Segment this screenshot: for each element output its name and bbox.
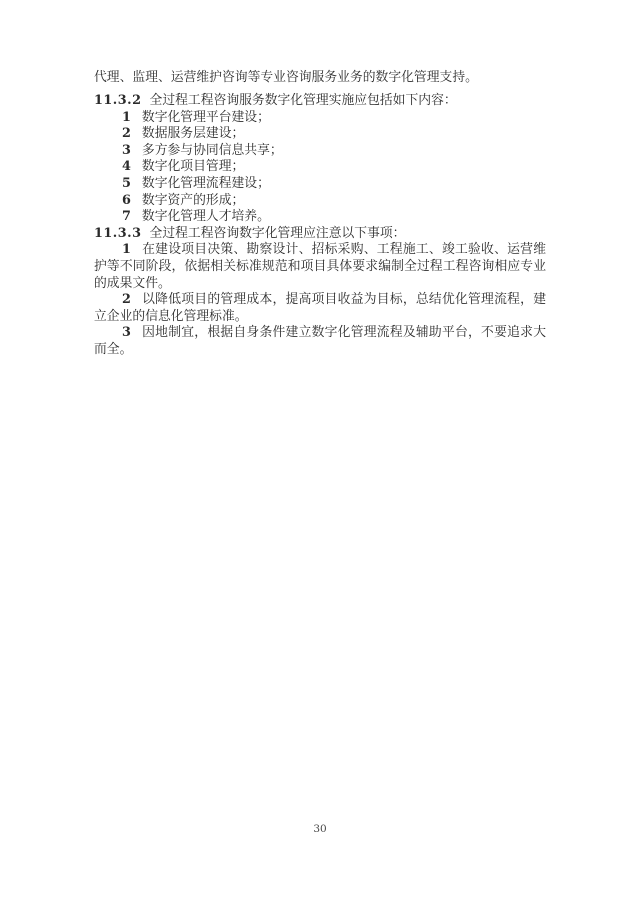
list-item: 6数字资产的形成； — [94, 193, 546, 210]
list-item: 5数字化管理流程建设； — [94, 176, 546, 193]
list-item-number: 1 — [122, 110, 131, 125]
list-item-number: 3 — [122, 143, 131, 158]
list-item-number: 5 — [122, 176, 131, 191]
list-item: 4数字化项目管理； — [94, 159, 546, 176]
list-item: 3多方参与协同信息共享； — [94, 143, 546, 160]
section-heading-11-3-2: 11.3.2全过程工程咨询服务数字化管理实施应包括如下内容： — [94, 93, 546, 110]
list-item-number: 2 — [122, 292, 131, 307]
list-item-text: 数字化项目管理； — [142, 159, 244, 174]
list-item-text: 多方参与协同信息共享； — [142, 143, 283, 158]
list-item: 2数据服务层建设； — [94, 126, 546, 143]
list-item-text: 数字化管理人才培养。 — [142, 209, 270, 224]
list-item-number: 3 — [122, 325, 131, 340]
list-item: 2以降低项目的管理成本，提高项目收益为目标，总结优化管理流程，建立企业的信息化管… — [94, 292, 546, 325]
page-content: 代理、监理、运营维护咨询等专业咨询服务业务的数字化管理支持。 11.3.2全过程… — [94, 70, 546, 359]
section-heading-11-3-3: 11.3.3全过程工程咨询数字化管理应注意以下事项： — [94, 226, 546, 243]
list-item-text: 数字化管理流程建设； — [142, 176, 270, 191]
section-title: 全过程工程咨询服务数字化管理实施应包括如下内容： — [150, 93, 457, 108]
paragraph-continuation: 代理、监理、运营维护咨询等专业咨询服务业务的数字化管理支持。 — [94, 70, 546, 87]
list-item: 7数字化管理人才培养。 — [94, 209, 546, 226]
list-item-text: 数字资产的形成； — [142, 193, 244, 208]
list-item-number: 7 — [122, 209, 131, 224]
section-number: 11.3.3 — [94, 226, 142, 241]
document-page: 代理、监理、运营维护咨询等专业咨询服务业务的数字化管理支持。 11.3.2全过程… — [0, 0, 640, 905]
list-item-number: 4 — [122, 159, 131, 174]
section-number: 11.3.2 — [94, 93, 142, 108]
list-item: 1在建设项目决策、勘察设计、招标采购、工程施工、竣工验收、运营维护等不同阶段，依… — [94, 242, 546, 292]
list-item-number: 6 — [122, 193, 131, 208]
list-item-number: 1 — [122, 242, 131, 257]
list-item: 3因地制宜，根据自身条件建立数字化管理流程及辅助平台，不要追求大而全。 — [94, 325, 546, 358]
section-title: 全过程工程咨询数字化管理应注意以下事项： — [150, 226, 406, 241]
list-item-text: 因地制宜，根据自身条件建立数字化管理流程及辅助平台，不要追求大而全。 — [94, 325, 546, 357]
list-item-text: 以降低项目的管理成本，提高项目收益为目标，总结优化管理流程，建立企业的信息化管理… — [94, 292, 546, 324]
list-item-text: 在建设项目决策、勘察设计、招标采购、工程施工、竣工验收、运营维护等不同阶段，依据… — [94, 242, 546, 290]
list-item-text: 数据服务层建设； — [142, 126, 244, 141]
list-item-text: 数字化管理平台建设； — [142, 110, 270, 125]
list-item: 1数字化管理平台建设； — [94, 110, 546, 127]
page-number: 30 — [0, 823, 640, 835]
list-item-number: 2 — [122, 126, 131, 141]
